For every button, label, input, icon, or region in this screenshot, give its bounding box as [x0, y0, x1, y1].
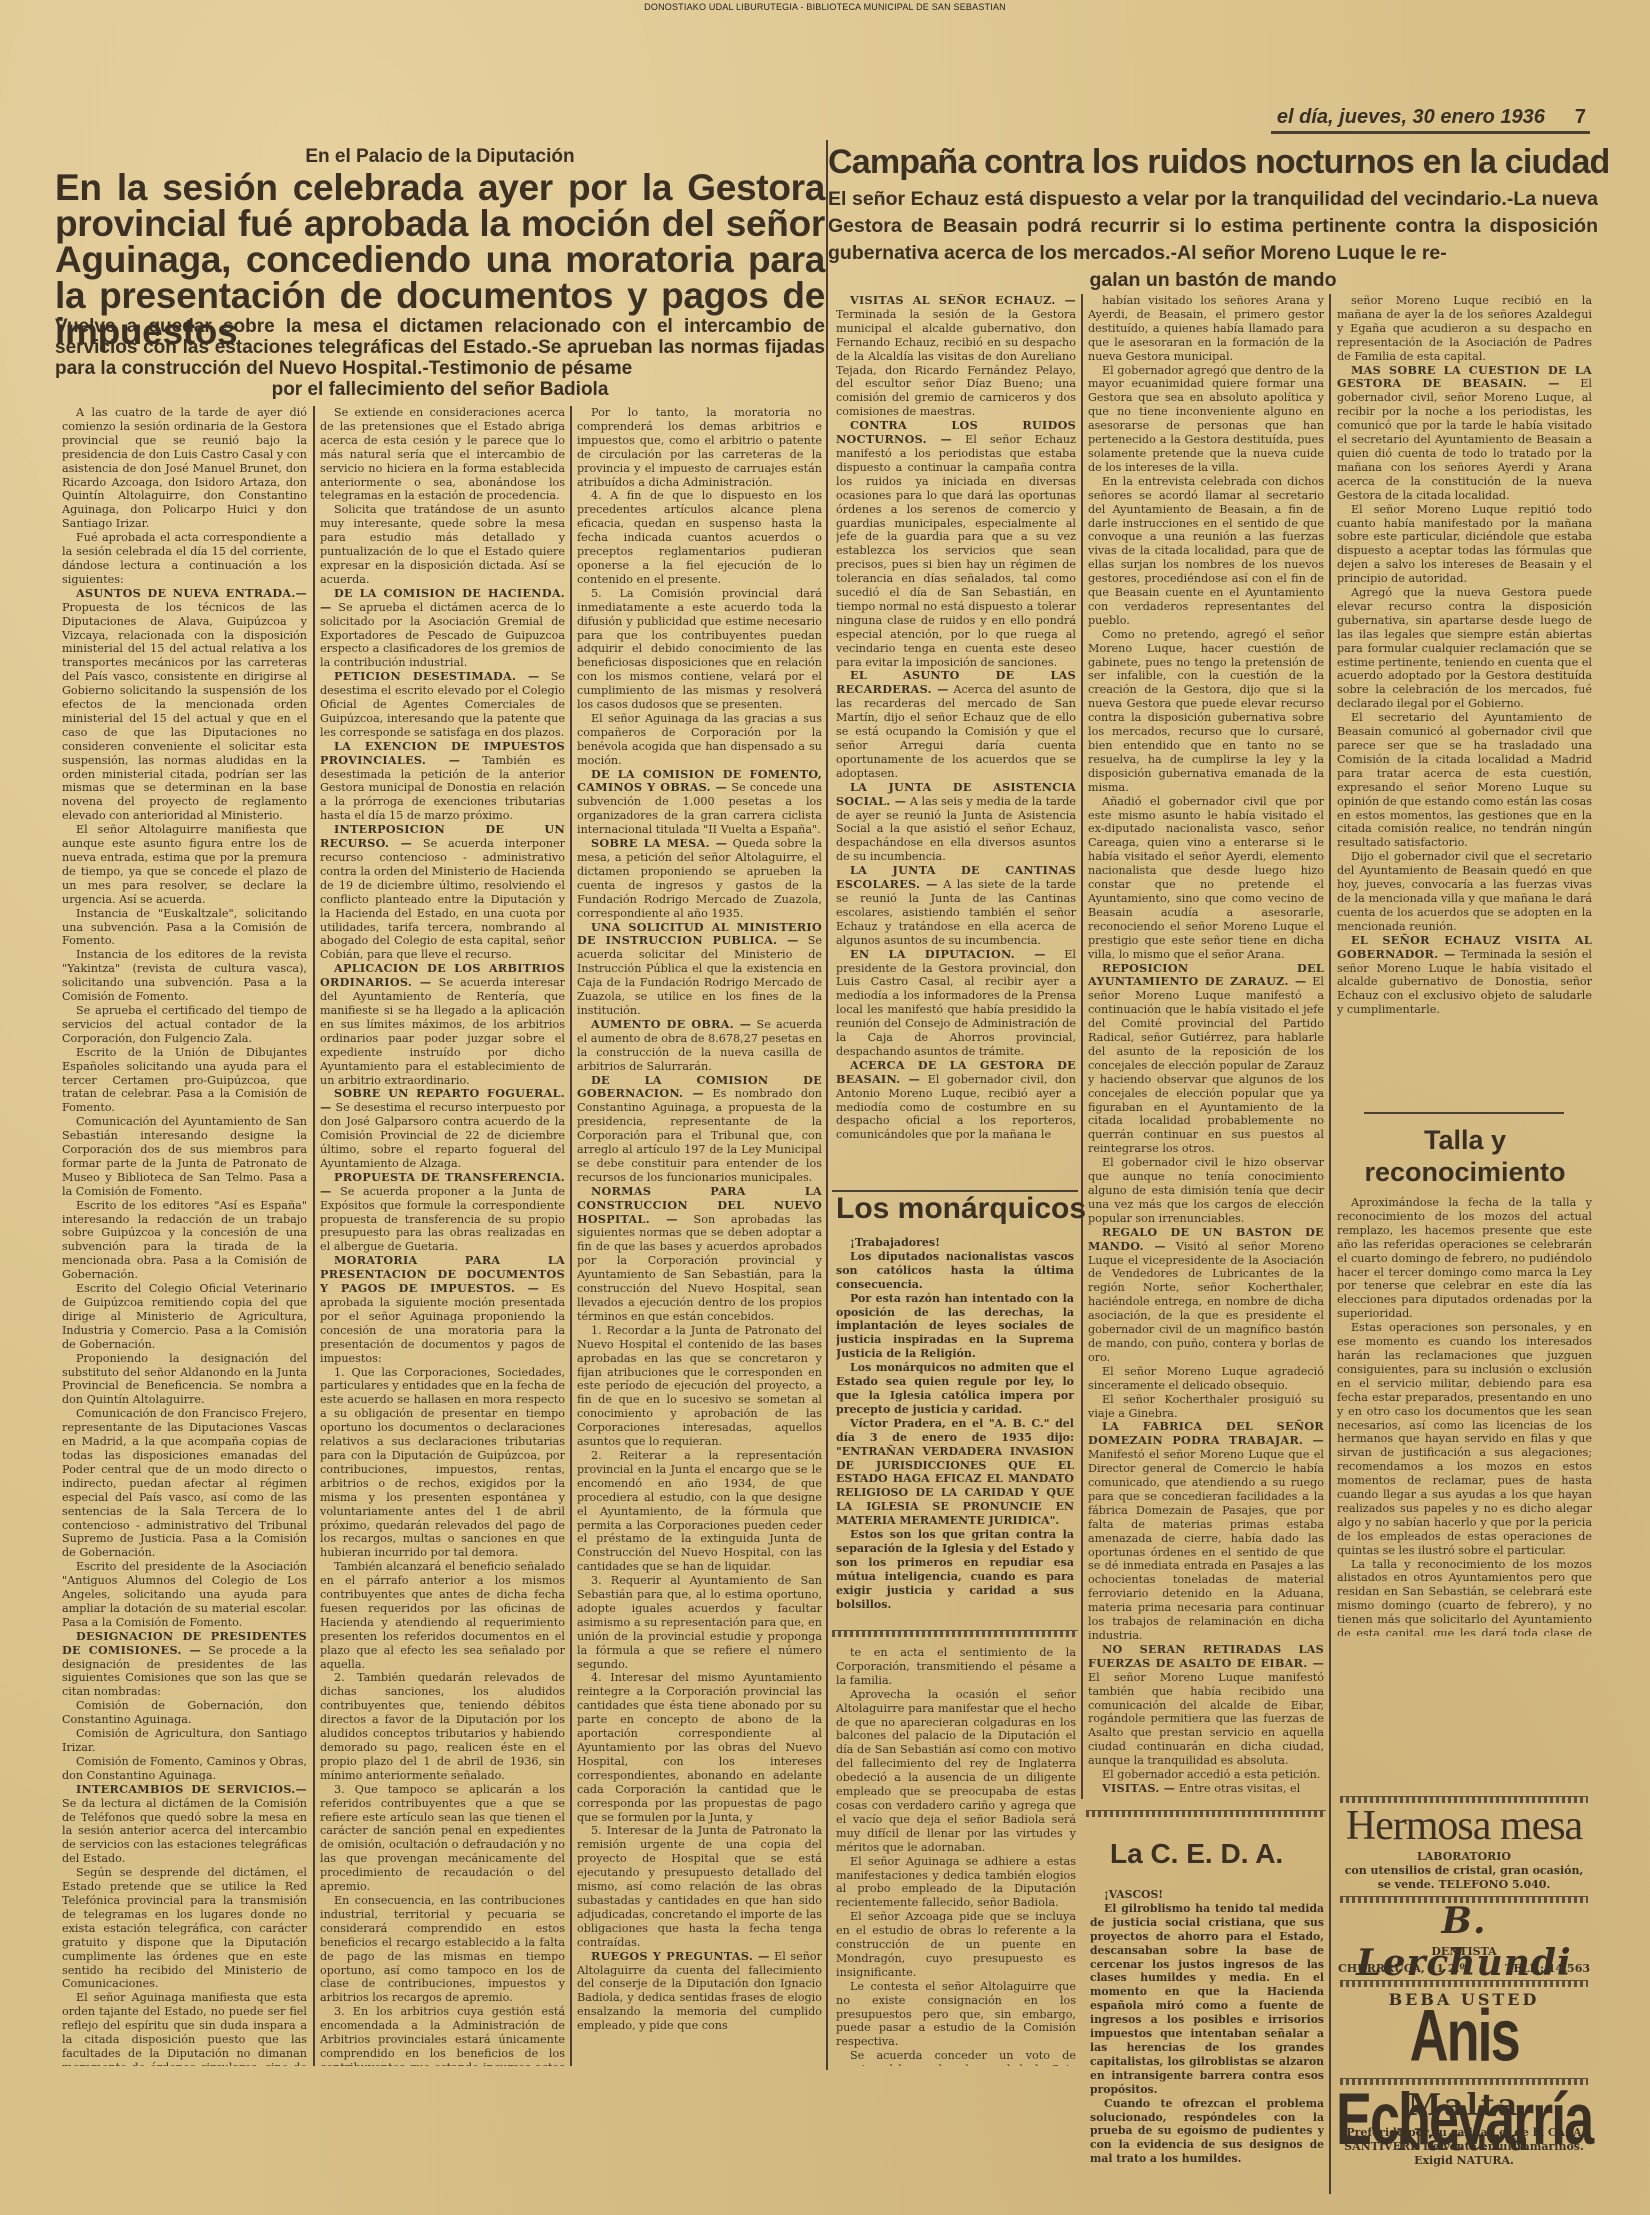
article-headline-ruidos: Campaña contra los ruidos nocturnos en l… — [828, 144, 1598, 180]
paragraph: Agregó que la nueva Gestora puede elevar… — [1337, 586, 1592, 711]
paragraph: Comisión de Fomento, Caminos y Obras, do… — [62, 1755, 307, 1783]
paragraph: UNA SOLICITUD AL MINISTERIO DE INSTRUCCI… — [577, 921, 822, 1018]
paragraph: MAS SOBRE LA CUESTION DE LA GESTORA DE B… — [1337, 364, 1592, 503]
paragraph: señor Moreno Luque recibió en la mañana … — [1337, 294, 1592, 364]
paragraph: SOBRE UN REPARTO FOGUERAL. — Se desestim… — [320, 1087, 565, 1170]
box-monarquicos-body: ¡Trabajadores! Los diputados nacionalist… — [836, 1236, 1074, 1608]
paragraph: Los diputados nacionalistas vascos son c… — [836, 1250, 1074, 1292]
paragraph: PETICION DESESTIMADA. — Se desestima el … — [320, 670, 565, 740]
column-rule — [1329, 294, 1331, 2194]
paragraph: REPOSICION DEL AYUNTAMIENTO DE ZARAUZ. —… — [1088, 962, 1324, 1157]
paragraph: Cuando te ofrezcan el problema soluciona… — [1090, 2097, 1324, 2167]
paragraph: El señor Aguinaga manifiesta que esta or… — [62, 1991, 307, 2066]
paragraph: El gilroblismo ha tenido tal medida de j… — [1090, 1902, 1324, 2097]
paragraph: 5. Interesar de la Junta de Patronato la… — [577, 1824, 822, 1949]
paragraph: El secretario del Ayuntamiento de Beasai… — [1337, 711, 1592, 850]
paragraph: El señor Altolaguirre manifiesta que aun… — [62, 823, 307, 906]
paragraph: El gobernador agregó que dentro de la ma… — [1088, 364, 1324, 475]
archive-header: DONOSTIAKO UDAL LIBURUTEGIA - BIBLIOTECA… — [0, 2, 1650, 12]
paragraph: Dijo el gobernador civil que el secretar… — [1337, 850, 1592, 933]
ad-line: con utensilios de cristal, gran ocasión, — [1336, 1864, 1592, 1878]
paragraph: EN LA DIPUTACION. — El presidente de la … — [836, 948, 1076, 1059]
paragraph: El señor Moreno Luque repitió todo cuant… — [1337, 503, 1592, 586]
paragraph: Aprovecha la ocasión el señor Altolaguir… — [836, 1688, 1076, 1855]
paragraph: Se aprueba el certificado del tiempo de … — [62, 1004, 307, 1046]
paragraph: Estas operaciones son personales, y en e… — [1337, 1321, 1592, 1557]
paragraph: Instancia de "Euskaltzale", solicitando … — [62, 907, 307, 949]
paragraph: Fué aprobada el acta correspondiente a l… — [62, 531, 307, 587]
paragraph: El señor Moreno Luque agradeció sinceram… — [1088, 1365, 1324, 1393]
article-kicker: En el Palacio de la Diputación — [60, 146, 820, 168]
paragraph: APLICACION DE LOS ARBITRIOS ORDINARIOS. … — [320, 962, 565, 1087]
paragraph: 1. Que las Corporaciones, Sociedades, pa… — [320, 1366, 565, 1561]
paragraph: INTERCAMBIOS DE SERVICIOS.— Se da lectur… — [62, 1783, 307, 1866]
paragraph: 3. Que tampoco se aplicarán a los referi… — [320, 1783, 565, 1894]
paragraph: DESIGNACION DE PRESIDENTES DE COMISIONES… — [62, 1630, 307, 1700]
deck-text: El señor Echauz está dispuesto a velar p… — [828, 188, 1598, 264]
paragraph: Escrito del Colegio Oficial Veterinario … — [62, 1282, 307, 1352]
paragraph: LA EXENCION DE IMPUESTOS PROVINCIALES. —… — [320, 740, 565, 823]
paragraph: MORATORIA PARA LA PRESENTACION DE DOCUME… — [320, 1254, 565, 1365]
ad-phone: TELF.: 14.563 — [1505, 1962, 1590, 1975]
paragraph: El señor Aguinaga se adhiere a estas man… — [836, 1855, 1076, 1911]
ad-line: LABORATORIO — [1336, 1850, 1592, 1864]
box-title-monarquicos: Los monárquicos — [836, 1192, 1086, 1226]
paragraph: te en acta el sentimiento de la Corporac… — [836, 1646, 1076, 1688]
ad-line: Preferido por su calidad el de la CASA — [1336, 2126, 1592, 2140]
column-diputacion-2: Se extiende en consideraciones acerca de… — [320, 406, 565, 2066]
paragraph: Los monárquicos no admiten que el Estado… — [836, 1361, 1074, 1417]
paragraph: EL SEÑOR ECHAUZ VISITA AL GOBERNADOR. — … — [1337, 934, 1592, 1017]
paragraph: ACERCA DE LA GESTORA DE BEASAIN. — El go… — [836, 1059, 1076, 1142]
page-number: 7 — [1575, 106, 1586, 128]
ad-hermosa-title: Hermosa mesa — [1336, 1802, 1592, 1850]
paragraph: 3. En los arbitrios cuya gestión está en… — [320, 2005, 565, 2066]
paragraph: DE LA COMISION DE HACIENDA. — Se aprueba… — [320, 587, 565, 670]
paragraph: Comunicación del Ayuntamiento de San Seb… — [62, 1115, 307, 1198]
column-rule — [570, 406, 572, 2066]
column-diputacion-3: Por lo tanto, la moratoria no comprender… — [577, 406, 822, 2066]
column-ruidos-2: habían visitado los señores Arana y Ayer… — [1088, 294, 1324, 1796]
separator — [832, 1630, 1078, 1637]
paragraph: VISITAS. — Entre otras visitas, el — [1088, 1782, 1324, 1796]
paragraph: En consecuencia, en las contribuciones i… — [320, 1894, 565, 2005]
publication-name: el día — [1277, 106, 1328, 128]
paragraph: Solicita que tratándose de un asunto muy… — [320, 503, 565, 586]
paragraph: Escrito de los editores "Así es España" … — [62, 1199, 307, 1282]
paragraph: VISITAS AL SEÑOR ECHAUZ. — Terminada la … — [836, 294, 1076, 419]
paragraph: A las cuatro de la tarde de ayer dió com… — [62, 406, 307, 531]
paragraph: RUEGOS Y PREGUNTAS. — El señor Altolagui… — [577, 1950, 822, 2033]
paragraph: En la entrevista celebrada con dichos se… — [1088, 475, 1324, 628]
paragraph: Comisión de Agricultura, don Santiago Ir… — [62, 1727, 307, 1755]
paragraph: DE LA COMISION DE GOBERNACION. — Es nomb… — [577, 1074, 822, 1185]
paragraph: CONTRA LOS RUIDOS NOCTURNOS. — El señor … — [836, 419, 1076, 669]
article-talla-body: Aproximándose la fecha de la talla y rec… — [1337, 1196, 1592, 1636]
article-deck-diputacion: Vuelve a quedar sobre la mesa el dictame… — [55, 316, 825, 400]
box-lead: ¡VASCOS! — [1090, 1888, 1324, 1902]
paragraph: 3. Requerir al Ayuntamiento de San Sebas… — [577, 1574, 822, 1671]
paragraph: Comisión de Gobernación, don Constantino… — [62, 1699, 307, 1727]
paragraph: Aproximándose la fecha de la talla y rec… — [1337, 1196, 1592, 1321]
box-ceda-body: ¡VASCOS! El gilroblismo ha tenido tal me… — [1090, 1888, 1324, 2188]
paragraph: INTERPOSICION DE UN RECURSO. — Se acuerd… — [320, 823, 565, 962]
ad-line: se vende. TELEFONO 5.040. — [1336, 1878, 1592, 1892]
paragraph: 4. Interesar del mismo Ayuntamiento rein… — [577, 1671, 822, 1824]
paragraph: Instancia de los editores de la revista … — [62, 948, 307, 1004]
deck-text-last: por el fallecimiento del señor Badiola — [55, 379, 825, 400]
paragraph: Víctor Pradera, en el "A. B. C." del día… — [836, 1417, 1074, 1528]
article-deck-ruidos: El señor Echauz está dispuesto a velar p… — [828, 186, 1598, 294]
paragraph: Estos son los que gritan contra la separ… — [836, 1528, 1074, 1608]
paragraph: 2. Reiterar a la representación provinci… — [577, 1449, 822, 1574]
ad-line: Exigid NATURA. — [1336, 2154, 1592, 2168]
paragraph: Por lo tanto, la moratoria no comprender… — [577, 406, 822, 489]
paragraph: 1. Recordar a la Junta de Patronato del … — [577, 1324, 822, 1449]
paragraph: Se extiende en consideraciones acerca de… — [320, 406, 565, 503]
column-rule — [313, 406, 315, 2066]
paragraph: El señor Azcoaga pide que se incluya en … — [836, 1910, 1076, 1980]
paragraph: Proponiendo la designación del substitut… — [62, 1352, 307, 1408]
ad-lerchundi-profession: DENTISTA — [1336, 1945, 1592, 1958]
paragraph: EL ASUNTO DE LAS RECARDERAS. — Acerca de… — [836, 669, 1076, 780]
paragraph: La talla y reconocimiento de los mozos a… — [1337, 1558, 1592, 1636]
column-diputacion-4: te en acta el sentimiento de la Corporac… — [836, 1646, 1076, 2066]
paragraph: Según se desprende del dictámen, el Esta… — [62, 1866, 307, 1991]
paragraph: Le contesta el señor Altolaguirre que no… — [836, 1980, 1076, 2050]
page-divider — [826, 140, 828, 2070]
paragraph: El señor Kocherthaler prosiguió su viaje… — [1088, 1393, 1324, 1421]
ad-malta-body: Preferido por su calidad el de la CASA S… — [1336, 2126, 1592, 2168]
article-title-talla: Talla y reconocimiento — [1345, 1124, 1585, 1188]
ad-hermosa-body: LABORATORIO con utensilios de cristal, g… — [1336, 1850, 1592, 1892]
paragraph: NORMAS PARA LA CONSTRUCCION DEL NUEVO HO… — [577, 1185, 822, 1324]
column-ruidos-3: señor Moreno Luque recibió en la mañana … — [1337, 294, 1592, 1090]
paragraph: Escrito de la Unión de Dibujantes Españo… — [62, 1046, 307, 1116]
paragraph: Añadió el gobernador civil que por este … — [1088, 795, 1324, 962]
paragraph: Comunicación de don Francisco Frejero, r… — [62, 1407, 307, 1560]
box-title-ceda: La C. E. D. A. — [1110, 1838, 1283, 1870]
paragraph: Se acuerda conceder un voto de gracias a… — [836, 2049, 1076, 2066]
column-diputacion-1: A las cuatro de la tarde de ayer dió com… — [62, 406, 307, 2066]
paragraph: AUMENTO DE OBRA. — Se acuerda el aumento… — [577, 1018, 822, 1074]
box-lead: ¡Trabajadores! — [836, 1236, 1074, 1250]
paragraph: LA JUNTA DE CANTINAS ESCOLARES. — A las … — [836, 864, 1076, 947]
paragraph: PROPUESTA DE TRANSFERENCIA. — Se acuerda… — [320, 1171, 565, 1254]
paragraph: Como no pretendo, agregó el señor Moreno… — [1088, 628, 1324, 795]
paragraph: 4. A fin de que lo dispuesto en los prec… — [577, 489, 822, 586]
paragraph: También alcanzará el beneficio señalado … — [320, 1560, 565, 1671]
ornament-rule — [1364, 1112, 1564, 1114]
deck-text: Vuelve a quedar sobre la mesa el dictame… — [55, 316, 825, 379]
ad-address: CHURRRUCA, 11 2.º — [1338, 1962, 1465, 1975]
paragraph: SOBRE LA MESA. — Queda sobre la mesa, a … — [577, 837, 822, 920]
separator — [1340, 1980, 1588, 1987]
ad-lerchundi-contact: CHURRRUCA, 11 2.º TELF.: 14.563 — [1338, 1962, 1590, 1975]
paragraph: habían visitado los señores Arana y Ayer… — [1088, 294, 1324, 364]
column-ruidos-1: VISITAS AL SEÑOR ECHAUZ. — Terminada la … — [836, 294, 1076, 1184]
separator — [1086, 1810, 1326, 1817]
paragraph: 5. La Comisión provincial dará inmediata… — [577, 587, 822, 712]
paragraph: LA JUNTA DE ASISTENCIA SOCIAL. — A las s… — [836, 781, 1076, 864]
ad-line: SANTIVERI. De venta en ultramarinos. — [1336, 2140, 1592, 2154]
issue-date: jueves, 30 enero 1936 — [1339, 106, 1545, 128]
paragraph: ASUNTOS DE NUEVA ENTRADA.— Propuesta de … — [62, 587, 307, 823]
separator — [1340, 2078, 1588, 2085]
paragraph: DE LA COMISION DE FOMENTO, CAMINOS Y OBR… — [577, 768, 822, 838]
paragraph: El gobernador accedió a esta petición. — [1088, 1768, 1324, 1782]
paragraph: NO SERAN RETIRADAS LAS FUERZAS DE ASALTO… — [1088, 1643, 1324, 1768]
paragraph: REGALO DE UN BASTON DE MANDO. — Visitó a… — [1088, 1226, 1324, 1365]
paragraph: LA FABRICA DEL SEÑOR DOMEZAIN PODRA TRAB… — [1088, 1420, 1324, 1643]
paragraph: 2. También quedarán relevados de dichas … — [320, 1671, 565, 1782]
deck-text-last: galan un bastón de mando — [828, 267, 1598, 294]
column-rule — [1081, 294, 1083, 1799]
paragraph: El gobernador civil le hizo observar que… — [1088, 1156, 1324, 1226]
masthead-folio: el día, jueves, 30 enero 19367 — [1271, 106, 1590, 134]
paragraph: El señor Aguinaga da las gracias a sus c… — [577, 712, 822, 768]
paragraph: Escrito del presidente de la Asociación … — [62, 1560, 307, 1630]
paragraph: Por esta razón han intentado con la opos… — [836, 1292, 1074, 1362]
